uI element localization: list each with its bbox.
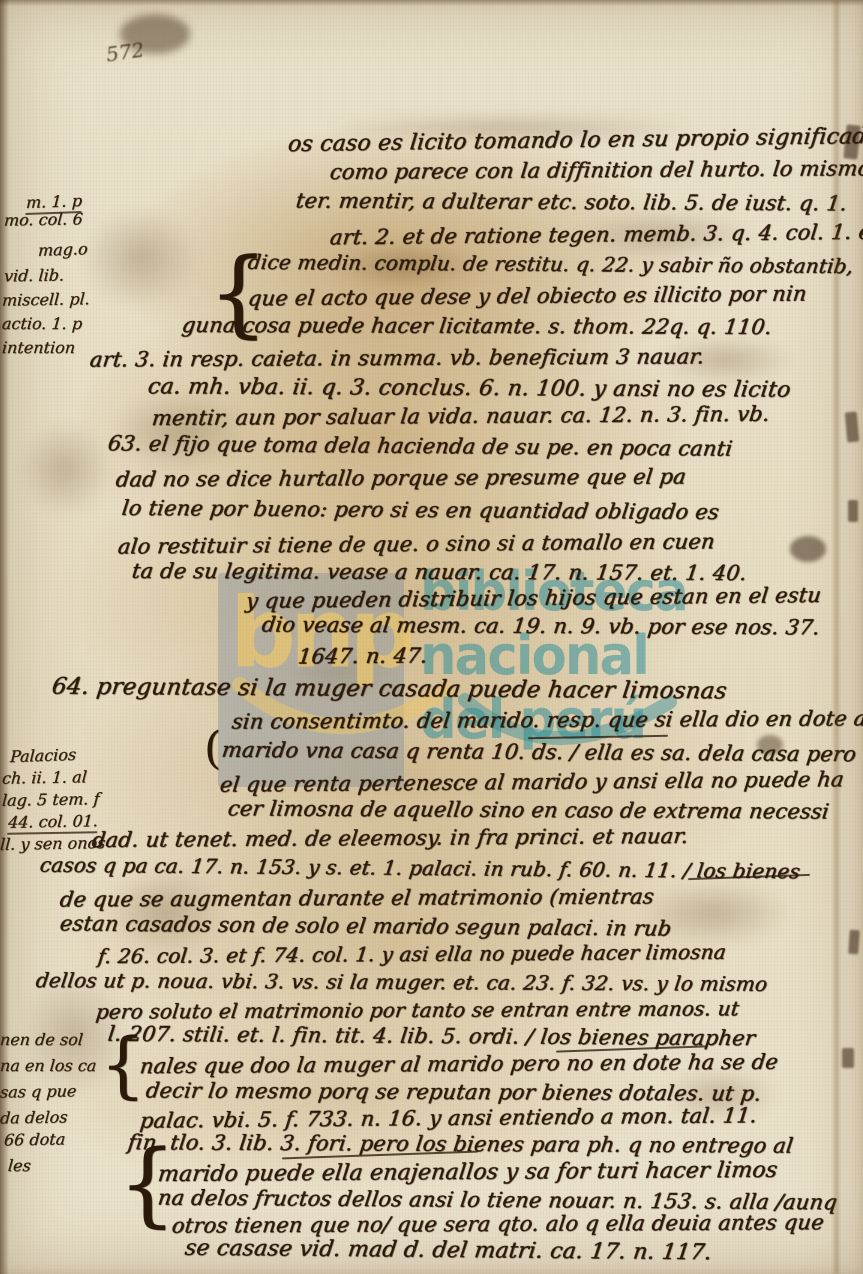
page-edge-top (0, 0, 863, 6)
page-edge-left (0, 0, 9, 1274)
ink-stroke (282, 1151, 478, 1160)
edge-ink-mark (842, 1048, 854, 1068)
page-crease (832, 0, 841, 1274)
underline-layer (0, 0, 863, 1274)
ink-stroke (556, 1045, 706, 1052)
edge-ink-mark (845, 412, 860, 443)
manuscript-page: 572 bnp biblioteca nacional del perú m. … (0, 0, 863, 1274)
edge-ink-mark (848, 930, 860, 955)
ink-stroke (528, 735, 668, 739)
ink-stroke (688, 874, 810, 880)
edge-ink-mark (848, 500, 858, 522)
